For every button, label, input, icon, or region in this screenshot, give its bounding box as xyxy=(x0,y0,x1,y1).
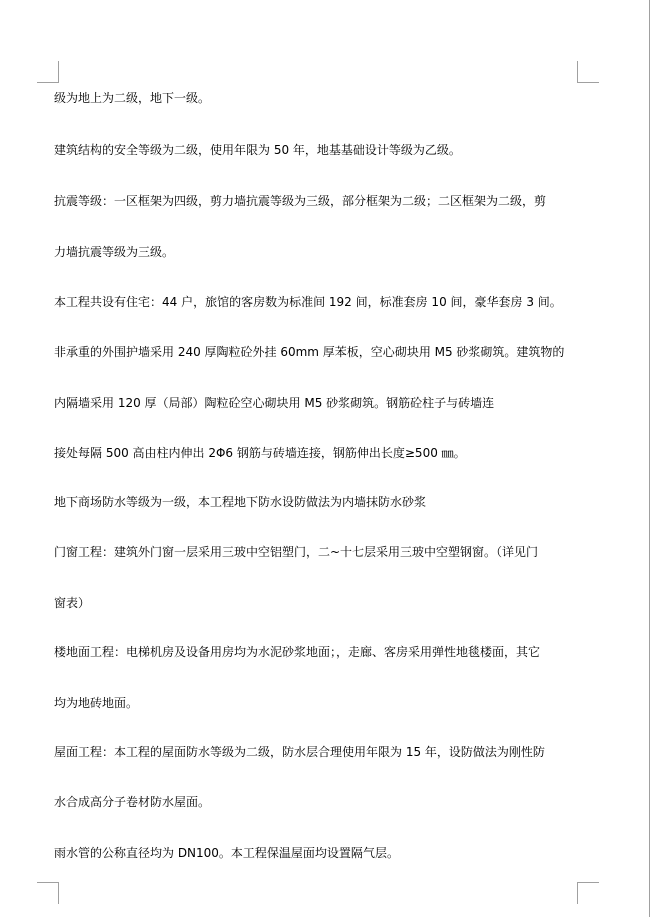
paragraph-line: 窗表） xyxy=(54,596,90,610)
paragraph-line: 力墙抗震等级为三级。 xyxy=(54,245,174,259)
paragraph-line: 建筑结构的安全等级为二级，使用年限为 50 年，地基基础设计等级为乙级。 xyxy=(54,143,461,157)
paragraph-line: 抗震等级：一区框架为四级，剪力墙抗震等级为三级，部分框架为二级；二区框架为二级，… xyxy=(54,194,546,208)
paragraph-line: 非承重的外围护墙采用 240 厚陶粒砼外挂 60mm 厚苯板，空心砌块用 M5 … xyxy=(54,345,564,359)
paragraph-line: 接处每隔 500 高由柱内伸出 2Φ6 钢筋与砖墙连接，钢筋伸出长度≥500 ㎜… xyxy=(54,446,466,460)
paragraph-line: 楼地面工程：电梯机房及设备用房均为水泥砂浆地面；，走廊、客房采用弹性地毯楼面，其… xyxy=(54,645,540,659)
paragraph-line: 屋面工程：本工程的屋面防水等级为二级，防水层合理使用年限为 15 年，设防做法为… xyxy=(54,745,545,759)
paragraph-line: 水合成高分子卷材防水屋面。 xyxy=(54,795,210,809)
paragraph-line: 级为地上为二级，地下一级。 xyxy=(54,91,210,105)
bottom-right-margin-mark xyxy=(577,882,599,904)
paragraph-line: 门窗工程：建筑外门窗一层采用三玻中空铝塑门，二~十七层采用三玻中空塑钢窗。（详见… xyxy=(54,545,538,559)
paragraph-line: 本工程共设有住宅：44 户，旅馆的客房数为标准间 192 间，标准套房 10 间… xyxy=(54,295,562,309)
paragraph-line: 均为地砖地面。 xyxy=(54,696,138,710)
top-left-margin-mark xyxy=(37,61,59,83)
top-right-margin-mark xyxy=(577,61,599,83)
paragraph-line: 地下商场防水等级为一级，本工程地下防水设防做法为内墙抹防水砂浆 xyxy=(54,495,426,509)
paragraph-line: 内隔墙采用 120 厚（局部）陶粒砼空心砌块用 M5 砂浆砌筑。钢筋砼柱子与砖墙… xyxy=(54,396,494,410)
document-page: 级为地上为二级，地下一级。 建筑结构的安全等级为二级，使用年限为 50 年，地基… xyxy=(0,0,649,917)
bottom-left-margin-mark xyxy=(37,882,59,904)
paragraph-line: 雨水管的公称直径均为 DN100。本工程保温屋面均设置隔气层。 xyxy=(54,846,399,860)
